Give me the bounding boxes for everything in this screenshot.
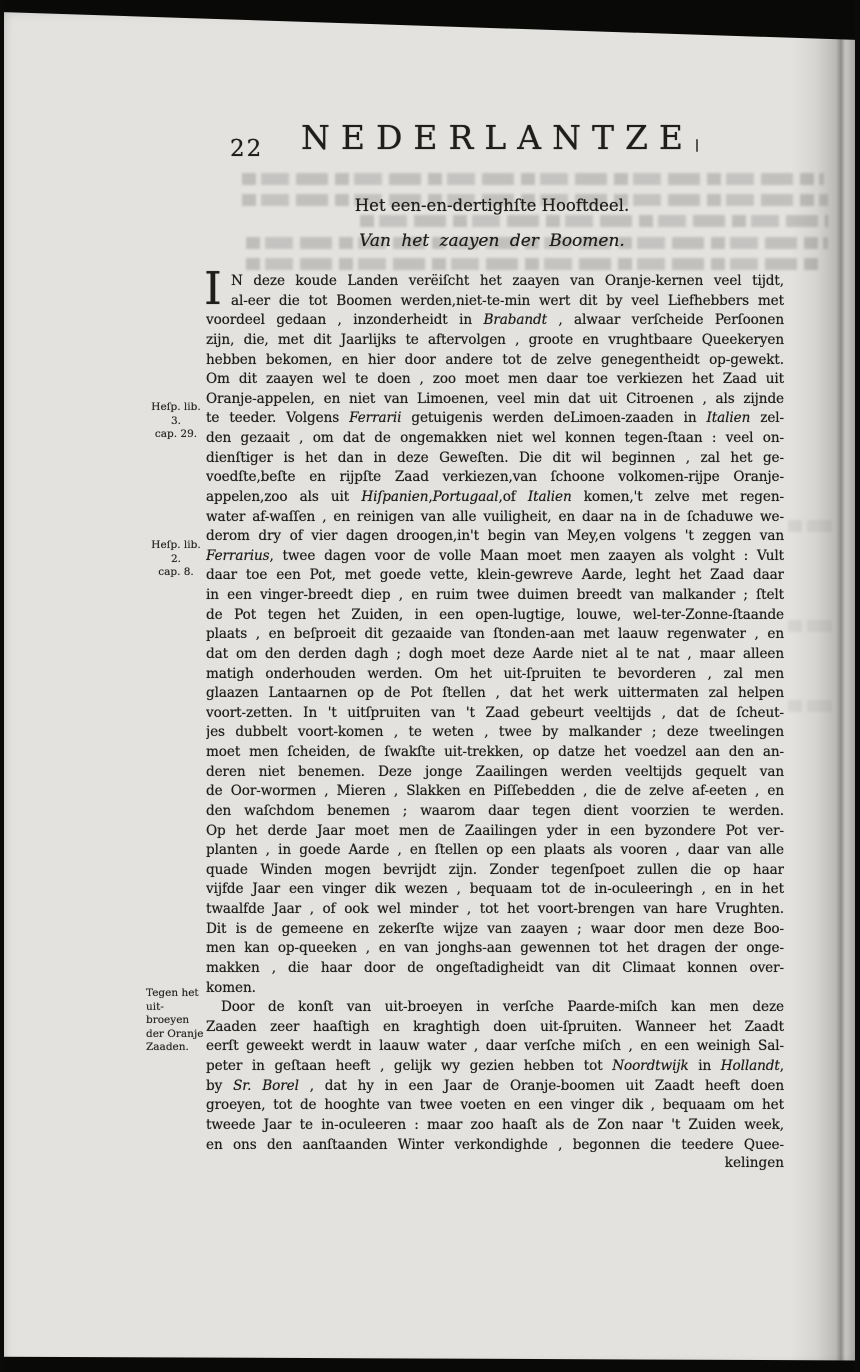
margin-note: Heſp. lib. 2. cap. 8. — [146, 539, 206, 580]
body-line: dat om den derden dagh ; dogh moet deze … — [206, 645, 784, 665]
body-line: Dit is de gemeene en zekerſte wijze van … — [206, 920, 784, 940]
body-line: Om dit zaayen wel te doen , zoo moet men… — [206, 370, 784, 390]
body-line: quade Winden mogen bevrijdt zijn. Zonder… — [206, 861, 784, 881]
body-line: voort-zetten. In 't uitſpruiten van 't Z… — [206, 704, 784, 724]
body-line: planten , in goede Aarde , en ſtellen op… — [206, 841, 784, 861]
body-line: hebben bekomen, en hier door andere tot … — [206, 351, 784, 371]
bleedthrough-line — [788, 620, 832, 632]
body-line: dienſtiger is het dan in deze Geweſten. … — [206, 449, 784, 469]
body-line: te teeder. Volgens Ferrarii getuigenis w… — [206, 409, 784, 429]
body-line: zijn, die, met dit Jaarlijks te aftervol… — [206, 331, 784, 351]
book-page-scan: 22 NEDERLANTZE Het een-en-dertighſte Hoo… — [0, 0, 860, 1372]
scan-border-left — [0, 0, 4, 1372]
body-line: voordeel gedaan , inzonderheidt in Braba… — [206, 311, 784, 331]
scan-border-top — [0, 0, 860, 40]
body-line: jes dubbelt voort-komen , te weten , twe… — [206, 723, 784, 743]
body-line: den gezaait , om dat de ongemakken niet … — [206, 429, 784, 449]
body-line: derom dry of vier dagen droogen,in't beg… — [206, 527, 784, 547]
body-line: appelen,zoo als uit Hiſpanien,Portugaal,… — [206, 488, 784, 508]
body-line: en ons den aanſtaanden Winter verkondigh… — [206, 1136, 784, 1156]
scan-border-bottom — [0, 1355, 860, 1372]
body-line: men kan op-queeken , en van jonghs-aan g… — [206, 939, 784, 959]
page-gutter-shadow — [791, 0, 855, 1372]
body-line: makken , die haar door de ongeſtadigheid… — [206, 959, 784, 979]
body-line: Oranje-appelen, en niet van Limoenen, ve… — [206, 390, 784, 410]
body-line: den waſchdom benemen ; waarom daar tegen… — [206, 802, 784, 822]
body-line: voedſte,beſte en rijpſte Zaad verkiezen,… — [206, 468, 784, 488]
body-line: vijfde Jaar een vinger dik wezen , bequa… — [206, 880, 784, 900]
bleedthrough-line — [246, 258, 822, 270]
body-line: groeyen, tot de hooghte van twee voeten … — [206, 1096, 784, 1116]
body-line: Zaaden zeer haaſtigh en kraghtigh doen u… — [206, 1018, 784, 1038]
body-line: plaats , en beſproeit dit gezaaide van ſ… — [206, 625, 784, 645]
chapter-heading: Het een-en-dertighſte Hooftdeel. — [200, 196, 784, 215]
bleedthrough-line — [242, 173, 824, 185]
scan-artifact-mark — [696, 139, 698, 152]
body-line: by Sr. Borel , dat hy in een Jaar de Ora… — [206, 1077, 784, 1097]
bleedthrough-line — [788, 520, 832, 532]
body-line: Door de konſt van uit-broeyen in verſche… — [206, 998, 784, 1018]
body-line: eerſt geweekt werdt in laauw water , daa… — [206, 1037, 784, 1057]
margin-note: Heſp. lib. 3. cap. 29. — [146, 401, 206, 442]
catchword: kelingen — [206, 1155, 784, 1171]
chapter-subtitle: Van het zaayen der Boomen. — [200, 231, 784, 251]
body-text: N deze koude Landen verëiſcht het zaayen… — [206, 272, 784, 1155]
body-line: N deze koude Landen verëiſcht het zaayen… — [206, 272, 784, 292]
body-line: in een vinger-breedt diep , en ruim twee… — [206, 586, 784, 606]
body-line: daar toe een Pot, met goede vette, klein… — [206, 566, 784, 586]
bleedthrough-line — [788, 700, 832, 712]
body-line: twaalfde Jaar , of ook wel minder , tot … — [206, 900, 784, 920]
body-line: peter in geſtaan heeft , gelijk wy gezie… — [206, 1057, 784, 1077]
body-line: tweede Jaar te in-oculeeren : maar zoo h… — [206, 1116, 784, 1136]
margin-note: Tegen het uit-broeyen der Oranje Zaaden. — [146, 987, 206, 1055]
body-line: glaazen Lantaarnen op de Pot ſtellen , d… — [206, 684, 784, 704]
body-line: matigh onderhouden werden. Om het uit-ſp… — [206, 665, 784, 685]
body-line: de Oor-wormen , Mieren , Slakken en Piſſ… — [206, 782, 784, 802]
body-line: al-eer die tot Boomen werden,niet-te-min… — [206, 292, 784, 312]
bleedthrough-line — [360, 215, 828, 227]
body-line: komen. — [206, 979, 784, 999]
body-line: water af-waſſen , en reinigen van alle v… — [206, 508, 784, 528]
body-line: de Pot tegen het Zuiden, in een open-lug… — [206, 606, 784, 626]
scan-border-right — [855, 0, 860, 1372]
body-line: Op het derde Jaar moet men de Zaailingen… — [206, 822, 784, 842]
body-line: moet men ſcheiden, de ſwakſte uit-trekke… — [206, 743, 784, 763]
body-line: Ferrarius, twee dagen voor de volle Maan… — [206, 547, 784, 567]
body-line: deren niet benemen. Deze jonge Zaailinge… — [206, 763, 784, 783]
